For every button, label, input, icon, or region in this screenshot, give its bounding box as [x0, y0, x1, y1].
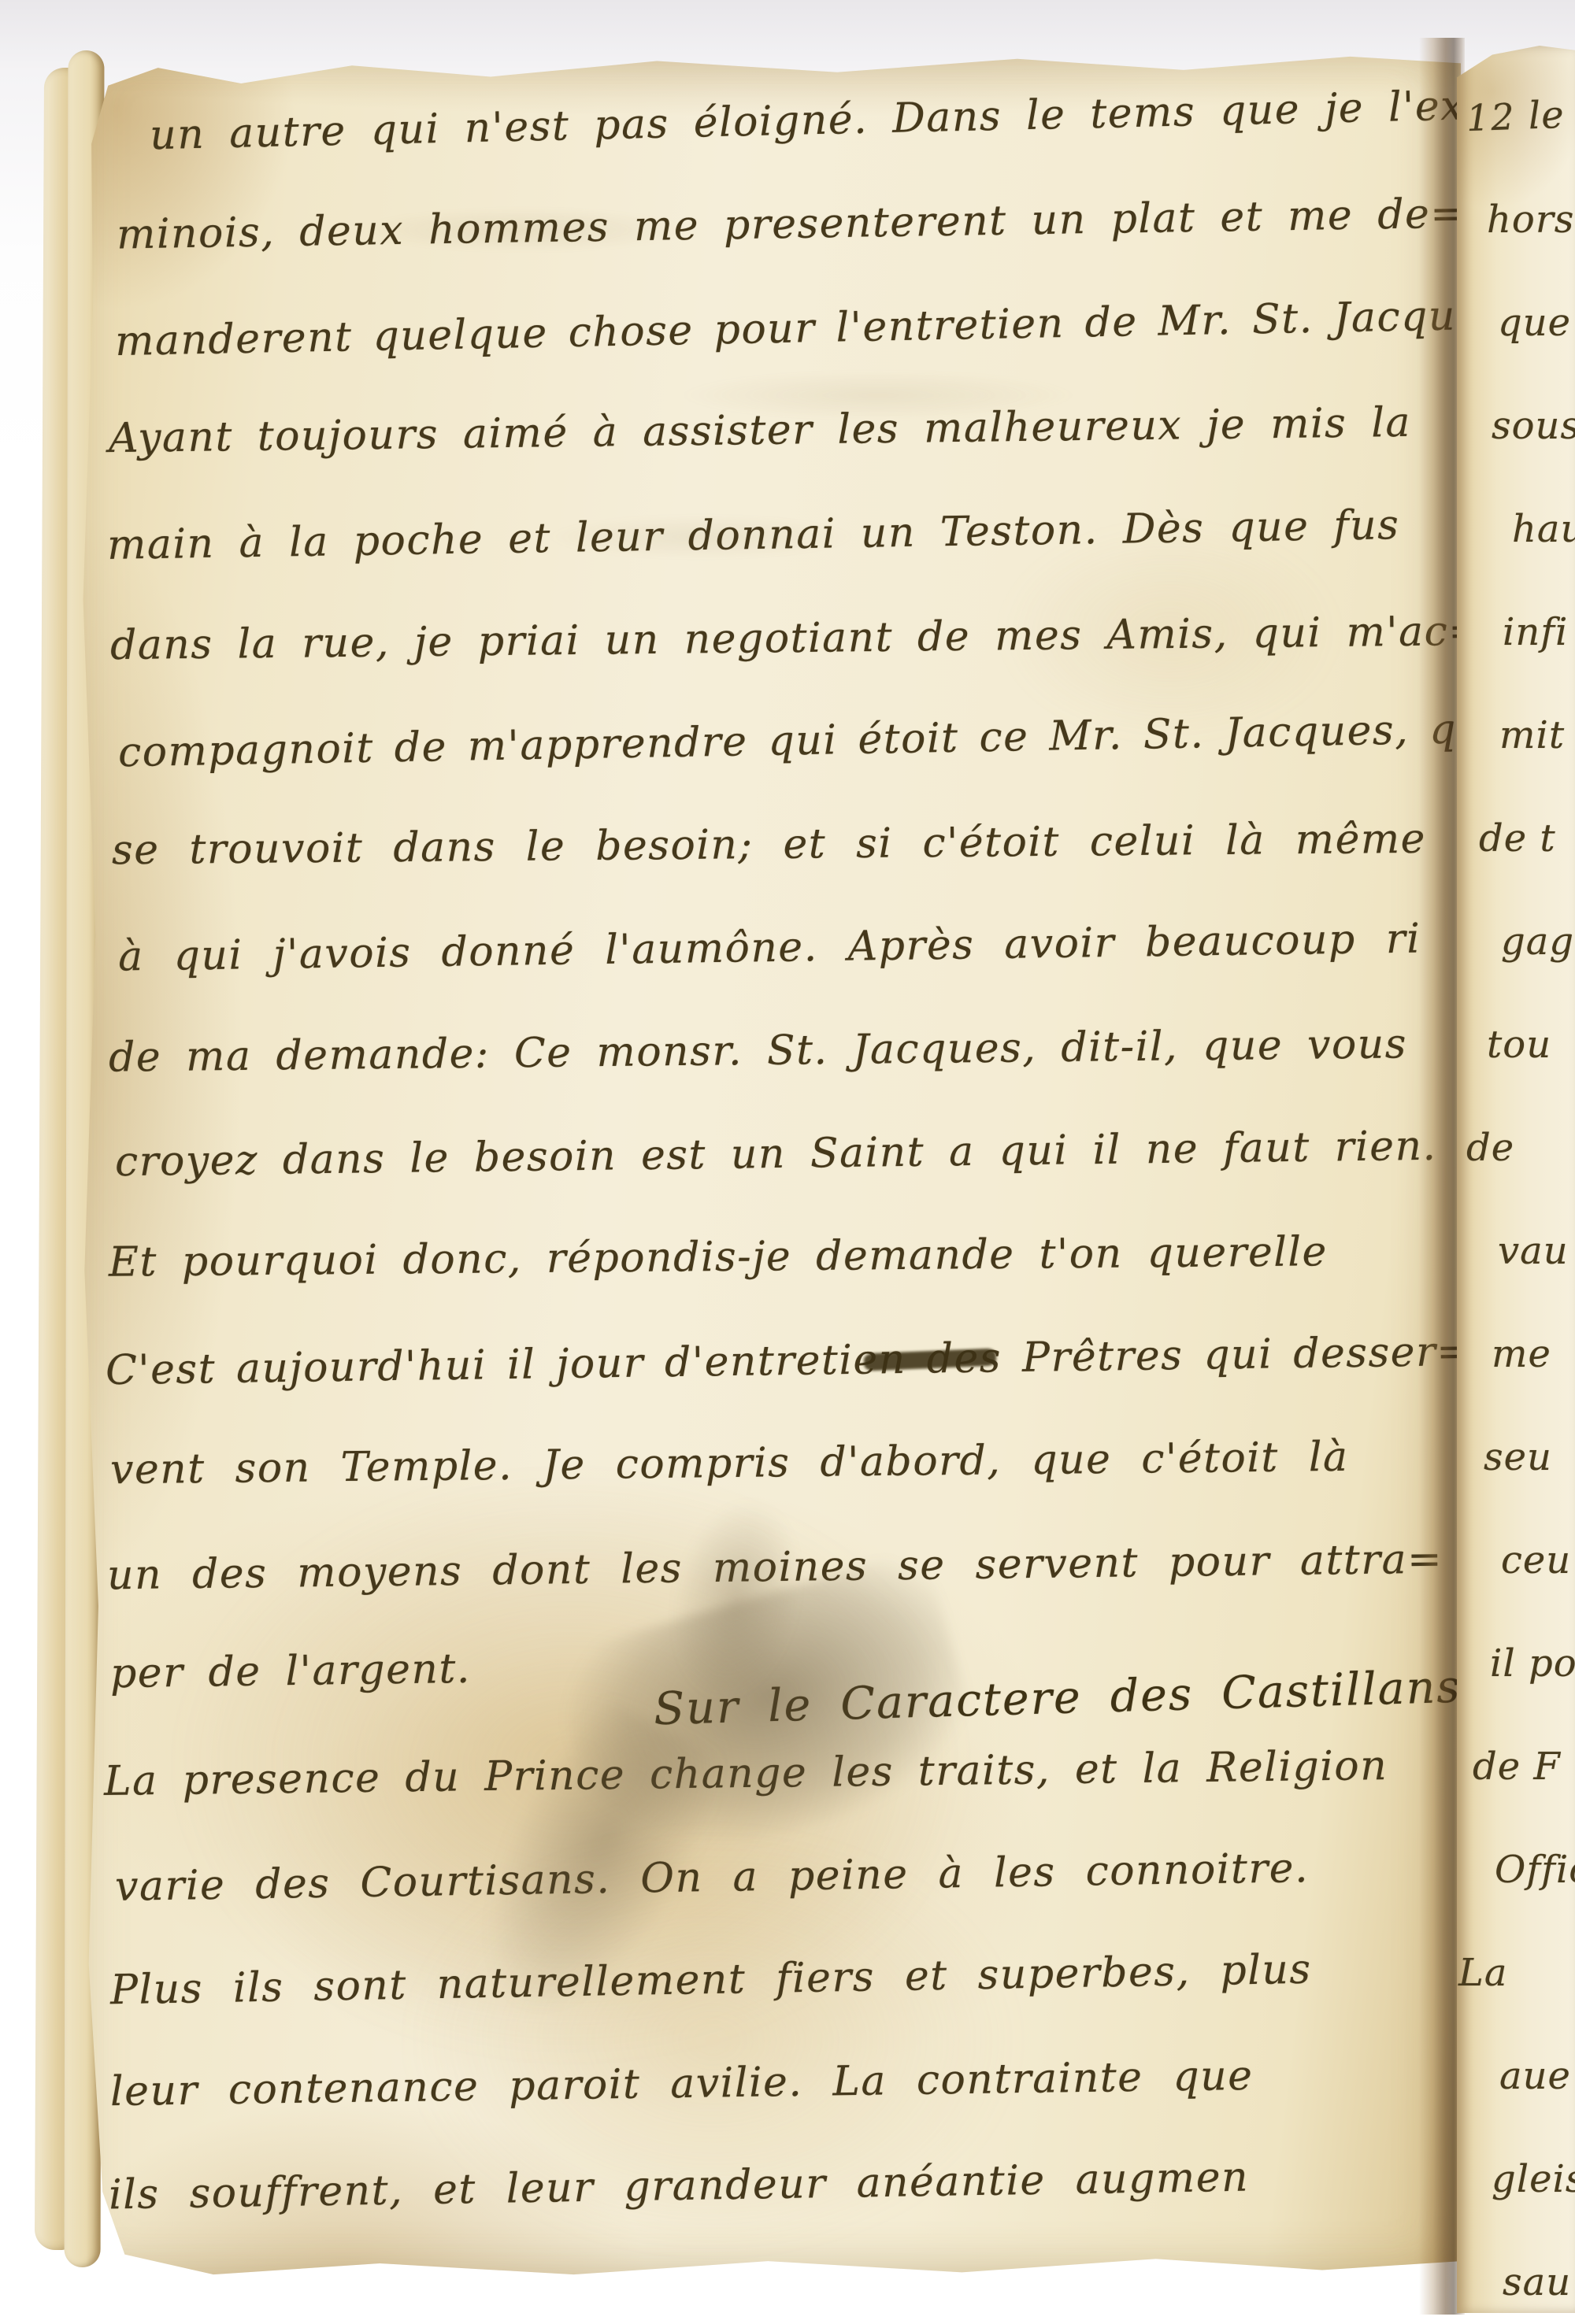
- right-page-line-fragment: le: [1528, 93, 1566, 139]
- manuscript-line: ils souffrent, et leur grandeur anéantie…: [109, 2150, 1250, 2223]
- manuscript-line: se trouvoit dans le besoin; et si c'étoi…: [112, 812, 1426, 879]
- manuscript-scan: un autre qui n'est pas éloigné. Dans le …: [0, 0, 1575, 2324]
- right-page-line-fragment: me: [1492, 1332, 1551, 1376]
- manuscript-line: Et pourquoi donc, répondis-je demande t'…: [109, 1224, 1328, 1290]
- left-page: un autre qui n'est pas éloigné. Dans le …: [75, 41, 1461, 2277]
- right-page-line-fragment: infi: [1503, 610, 1568, 654]
- right-page-line-fragment: que: [1498, 301, 1571, 345]
- right-page-line-fragment: tou: [1487, 1023, 1551, 1067]
- manuscript-line: leur contenance paroit avilie. La contra…: [110, 2048, 1254, 2119]
- manuscript-line: C'est aujourd'hui il jour d'entretien de…: [106, 1324, 1473, 1398]
- right-page-number: 12: [1466, 95, 1516, 139]
- manuscript-line: vent son Temple. Je compris d'abord, que…: [110, 1430, 1349, 1497]
- right-page: 12 le hors que sous hau infi mit de t ga…: [1457, 46, 1575, 2313]
- right-page-line-fragment: ceu: [1501, 1538, 1571, 1582]
- right-page-line-fragment: hau: [1512, 507, 1575, 551]
- right-page-line-fragment: il po: [1490, 1641, 1575, 1686]
- right-page-line-fragment: Offic: [1495, 1848, 1575, 1892]
- manuscript-line: croyez dans le besoin est un Saint a qui…: [115, 1119, 1437, 1190]
- right-page-line-fragment: vau: [1498, 1229, 1569, 1273]
- manuscript-line: compagnoit de m'apprendre qui étoit ce M…: [118, 701, 1499, 781]
- right-page-line-fragment: seu: [1484, 1435, 1552, 1479]
- right-page-number-line: 12 le: [1466, 93, 1565, 140]
- manuscript-line: de ma demande: Ce monsr. St. Jacques, di…: [109, 1016, 1408, 1085]
- right-page-line-fragment: hors: [1487, 198, 1574, 242]
- right-page-line-fragment: sous: [1492, 404, 1575, 448]
- right-page-line-fragment: gleis: [1492, 2157, 1575, 2201]
- right-page-line-fragment: aue: [1499, 2054, 1571, 2098]
- right-page-line-fragment: de t: [1479, 816, 1556, 860]
- right-page-line-fragment: sau: [1503, 2260, 1571, 2304]
- manuscript-line: per de l'argent.: [110, 1641, 472, 1701]
- right-page-line-fragment: La: [1458, 1951, 1508, 1995]
- right-page-line-fragment: de F: [1473, 1745, 1561, 1789]
- right-page-line-fragment: gag: [1501, 920, 1574, 964]
- right-page-line-fragment: de: [1466, 1126, 1514, 1170]
- right-page-line-fragment: mit: [1499, 713, 1565, 757]
- manuscript-line: à qui j'avois donné l'aumône. Après avoi…: [118, 911, 1421, 984]
